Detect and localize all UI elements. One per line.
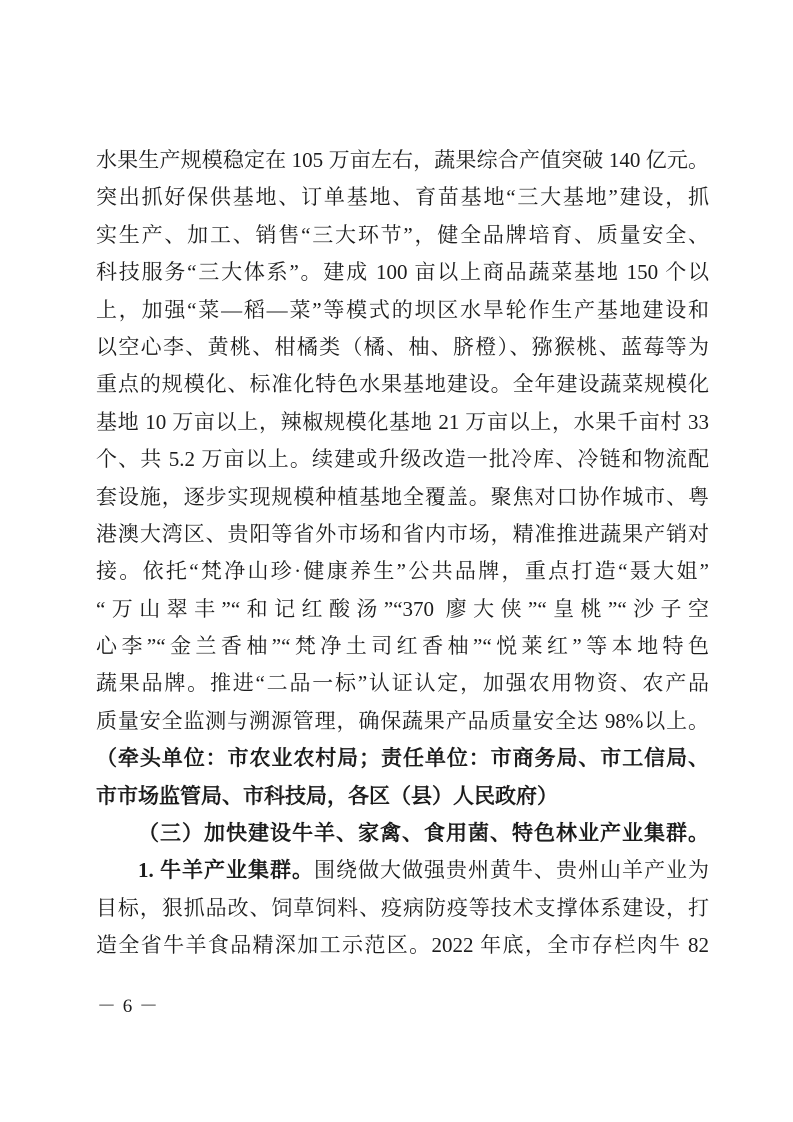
text-line: 目标，狠抓品改、饲草饲料、疫病防疫等技术支撑体系建设，打 [96, 890, 709, 927]
text-line: 造全省牛羊食品精深加工示范区。2022 年底，全市存栏肉牛 82 [96, 927, 709, 964]
text-line: 套设施，逐步实现规模种植基地全覆盖。聚焦对口协作城市、粤 [96, 479, 709, 516]
text-segment: 目标，狠抓品改、饲草饲料、疫病防疫等技术支撑体系建设，打 [96, 896, 709, 920]
text-segment: 套设施，逐步实现规模种植基地全覆盖。聚焦对口协作城市、粤 [96, 485, 709, 509]
text-line: 市市场监管局、市科技局，各区（县）人民政府） [96, 778, 709, 815]
text-segment: 造全省牛羊食品精深加工示范区。2022 年底，全市存栏肉牛 82 [96, 933, 709, 957]
text-line: 蔬果品牌。推进“二品一标”认证认定，加强农用物资、农产品 [96, 665, 709, 702]
text-line: 重点的规模化、标准化特色水果基地建设。全年建设蔬菜规模化 [96, 366, 709, 403]
text-segment: 个、共 5.2 万亩以上。续建或升级改造一批冷库、冷链和物流配 [96, 447, 709, 471]
text-segment: 质量安全监测与溯源管理，确保蔬果产品质量安全达 98%以上。 [96, 709, 709, 733]
text-line: 接。依托“梵净山珍·健康养生”公共品牌，重点打造“聂大姐” [96, 553, 709, 590]
text-segment: 港澳大湾区、贵阳等省外市场和省内市场，精准推进蔬果产销对 [96, 522, 709, 546]
text-segment: 科技服务“三大体系”。建成 100 亩以上商品蔬菜基地 150 个以 [96, 260, 709, 284]
text-segment: 实生产、加工、销售“三大环节”，健全品牌培育、质量安全、 [96, 223, 709, 247]
document-page: 水果生产规模稳定在 105 万亩左右，蔬果综合产值突破 140 亿元。突出抓好保… [0, 0, 793, 1122]
text-line: 个、共 5.2 万亩以上。续建或升级改造一批冷库、冷链和物流配 [96, 441, 709, 478]
text-line: （三）加快建设牛羊、家禽、食用菌、特色林业产业集群。 [96, 815, 709, 852]
text-line: 质量安全监测与溯源管理，确保蔬果产品质量安全达 98%以上。 [96, 703, 709, 740]
text-segment: 围绕做大做强贵州黄牛、贵州山羊产业为 [314, 858, 709, 882]
text-line: 水果生产规模稳定在 105 万亩左右，蔬果综合产值突破 140 亿元。 [96, 142, 709, 179]
text-line: 以空心李、黄桃、柑橘类（橘、柚、脐橙）、猕猴桃、蓝莓等为 [96, 329, 709, 366]
text-line: （牵头单位：市农业农村局；责任单位：市商务局、市工信局、 [96, 740, 709, 777]
text-segment: （三）加快建设牛羊、家禽、食用菌、特色林业产业集群。 [138, 821, 709, 845]
text-line: 基地 10 万亩以上，辣椒规模化基地 21 万亩以上，水果千亩村 33 [96, 404, 709, 441]
text-line: “万山翠丰”“和记红酸汤”“370 廖大侠”“皇桃”“沙子空 [96, 591, 709, 628]
page-number: － 6 － [97, 991, 159, 1018]
text-segment: 水果生产规模稳定在 105 万亩左右，蔬果综合产值突破 140 亿元。 [96, 148, 709, 172]
text-segment: 蔬果品牌。推进“二品一标”认证认定，加强农用物资、农产品 [96, 671, 709, 695]
text-segment: 以空心李、黄桃、柑橘类（橘、柚、脐橙）、猕猴桃、蓝莓等为 [96, 335, 709, 359]
document-body: 水果生产规模稳定在 105 万亩左右，蔬果综合产值突破 140 亿元。突出抓好保… [96, 142, 709, 965]
text-line: 突出抓好保供基地、订单基地、育苗基地“三大基地”建设，抓 [96, 179, 709, 216]
text-segment: 突出抓好保供基地、订单基地、育苗基地“三大基地”建设，抓 [96, 185, 709, 209]
text-segment: 基地 10 万亩以上，辣椒规模化基地 21 万亩以上，水果千亩村 33 [96, 410, 709, 434]
text-line: 1. 牛羊产业集群。围绕做大做强贵州黄牛、贵州山羊产业为 [96, 852, 709, 889]
text-line: 上，加强“菜—稻—菜”等模式的坝区水旱轮作生产基地建设和 [96, 292, 709, 329]
text-segment: 心李”“金兰香柚”“梵净土司红香柚”“悦莱红”等本地特色 [96, 634, 709, 658]
text-segment: 上，加强“菜—稻—菜”等模式的坝区水旱轮作生产基地建设和 [96, 298, 709, 322]
text-line: 科技服务“三大体系”。建成 100 亩以上商品蔬菜基地 150 个以 [96, 254, 709, 291]
text-segment: 接。依托“梵净山珍·健康养生”公共品牌，重点打造“聂大姐” [96, 559, 709, 583]
text-segment: （牵头单位：市农业农村局；责任单位：市商务局、市工信局、 [96, 747, 709, 770]
text-segment: 重点的规模化、标准化特色水果基地建设。全年建设蔬菜规模化 [96, 372, 709, 396]
text-segment: “万山翠丰”“和记红酸汤”“370 廖大侠”“皇桃”“沙子空 [96, 597, 709, 621]
text-segment: 市市场监管局、市科技局，各区（县）人民政府） [96, 785, 558, 808]
text-line: 实生产、加工、销售“三大环节”，健全品牌培育、质量安全、 [96, 217, 709, 254]
text-segment: 1. 牛羊产业集群。 [138, 858, 314, 882]
text-line: 港澳大湾区、贵阳等省外市场和省内市场，精准推进蔬果产销对 [96, 516, 709, 553]
text-line: 心李”“金兰香柚”“梵净土司红香柚”“悦莱红”等本地特色 [96, 628, 709, 665]
